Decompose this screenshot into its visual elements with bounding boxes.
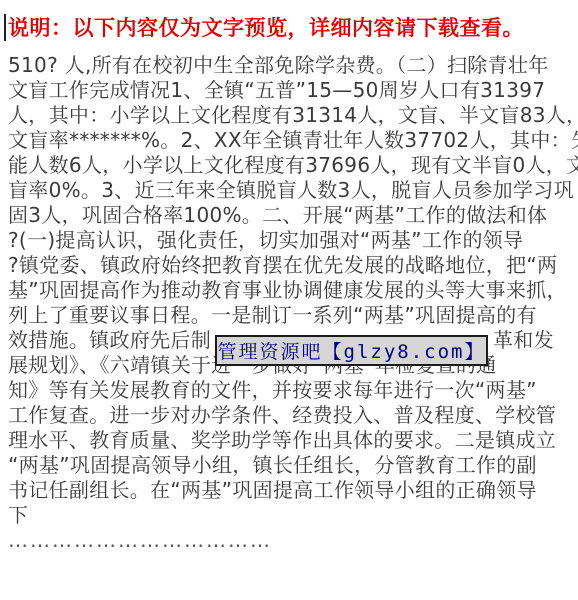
body-line: “两基”巩固提高领导小组，镇长任组长，分管教育工作的副 — [8, 453, 574, 478]
body-line: 固3人，巩固合格率100%。二、开展“两基”工作的做法和体 — [8, 203, 574, 228]
body-line: ?(一)提高认识，强化责任，切实加强对“两基”工作的领导 — [8, 228, 574, 253]
notice-row: 说明：以下内容仅为文字预览，详细内容请下载查看。 — [4, 12, 524, 42]
body-line: ?镇党委、镇政府始终把教育摆在优先发展的战略地位，把“两 — [8, 253, 574, 278]
watermark-badge: 管理资源吧【glzy8.com】 — [215, 335, 488, 366]
body-lines-top: 510? 人,所有在校初中生全部免除学杂费。（二）扫除青壮年文盲工作完成情况1、… — [8, 53, 574, 328]
body-line: 盲率0%。3、近三年来全镇脱盲人数3人，脱盲人员参加学习巩 — [8, 178, 574, 203]
body-lines-bottom: 展规划》、《六靖镇关于进一步做好“两基”年检复查的通知》等有关发展教育的文件，并… — [8, 353, 574, 528]
text-caret — [4, 14, 6, 41]
body-line: 工作复查。进一步对办学条件、经费投入、普及程度、学校管 — [8, 403, 574, 428]
document-body: 510? 人,所有在校初中生全部免除学杂费。（二）扫除青壮年文盲工作完成情况1、… — [8, 53, 574, 553]
body-line: 人，其中：小学以上文化程度有31314人，文盲、半文盲83人， — [8, 103, 574, 128]
body-line: 文盲工作完成情况1、全镇“五普”15—50周岁人口有31397 — [8, 78, 574, 103]
body-line: 基”巩固提高作为推动教育事业协调健康发展的头等大事来抓， — [8, 278, 574, 303]
body-line: 列上了重要议事日程。一是制订一系列“两基”巩固提高的有 — [8, 303, 574, 328]
body-line: 理水平、教育质量、奖学助学等作出具体的要求。二是镇成立 — [8, 428, 574, 453]
split-line-suffix: 革和发 — [493, 328, 554, 352]
split-line-prefix: 效措施。镇政府先后制 — [8, 328, 211, 352]
body-line: 文盲率*******%。2、XX年全镇青壮年人数37702人，其中：失 — [8, 128, 574, 153]
document-preview-page: 说明：以下内容仅为文字预览，详细内容请下载查看。 510? 人,所有在校初中生全… — [0, 0, 578, 600]
body-line: 510? 人,所有在校初中生全部免除学杂费。（二）扫除青壮年 — [8, 53, 574, 78]
body-line: 知》等有关发展教育的文件，并按要求每年进行一次“两基” — [8, 378, 574, 403]
ellipsis-line: ……………………………… — [8, 528, 574, 553]
body-line: 下 — [8, 503, 574, 528]
preview-notice-text: 说明：以下内容仅为文字预览，详细内容请下载查看。 — [8, 12, 524, 42]
body-line: 能人数6人，小学以上文化程度有37696人，现有文半盲0人，文 — [8, 153, 574, 178]
body-line: 书记任副组长。在“两基”巩固提高工作领导小组的正确领导 — [8, 478, 574, 503]
